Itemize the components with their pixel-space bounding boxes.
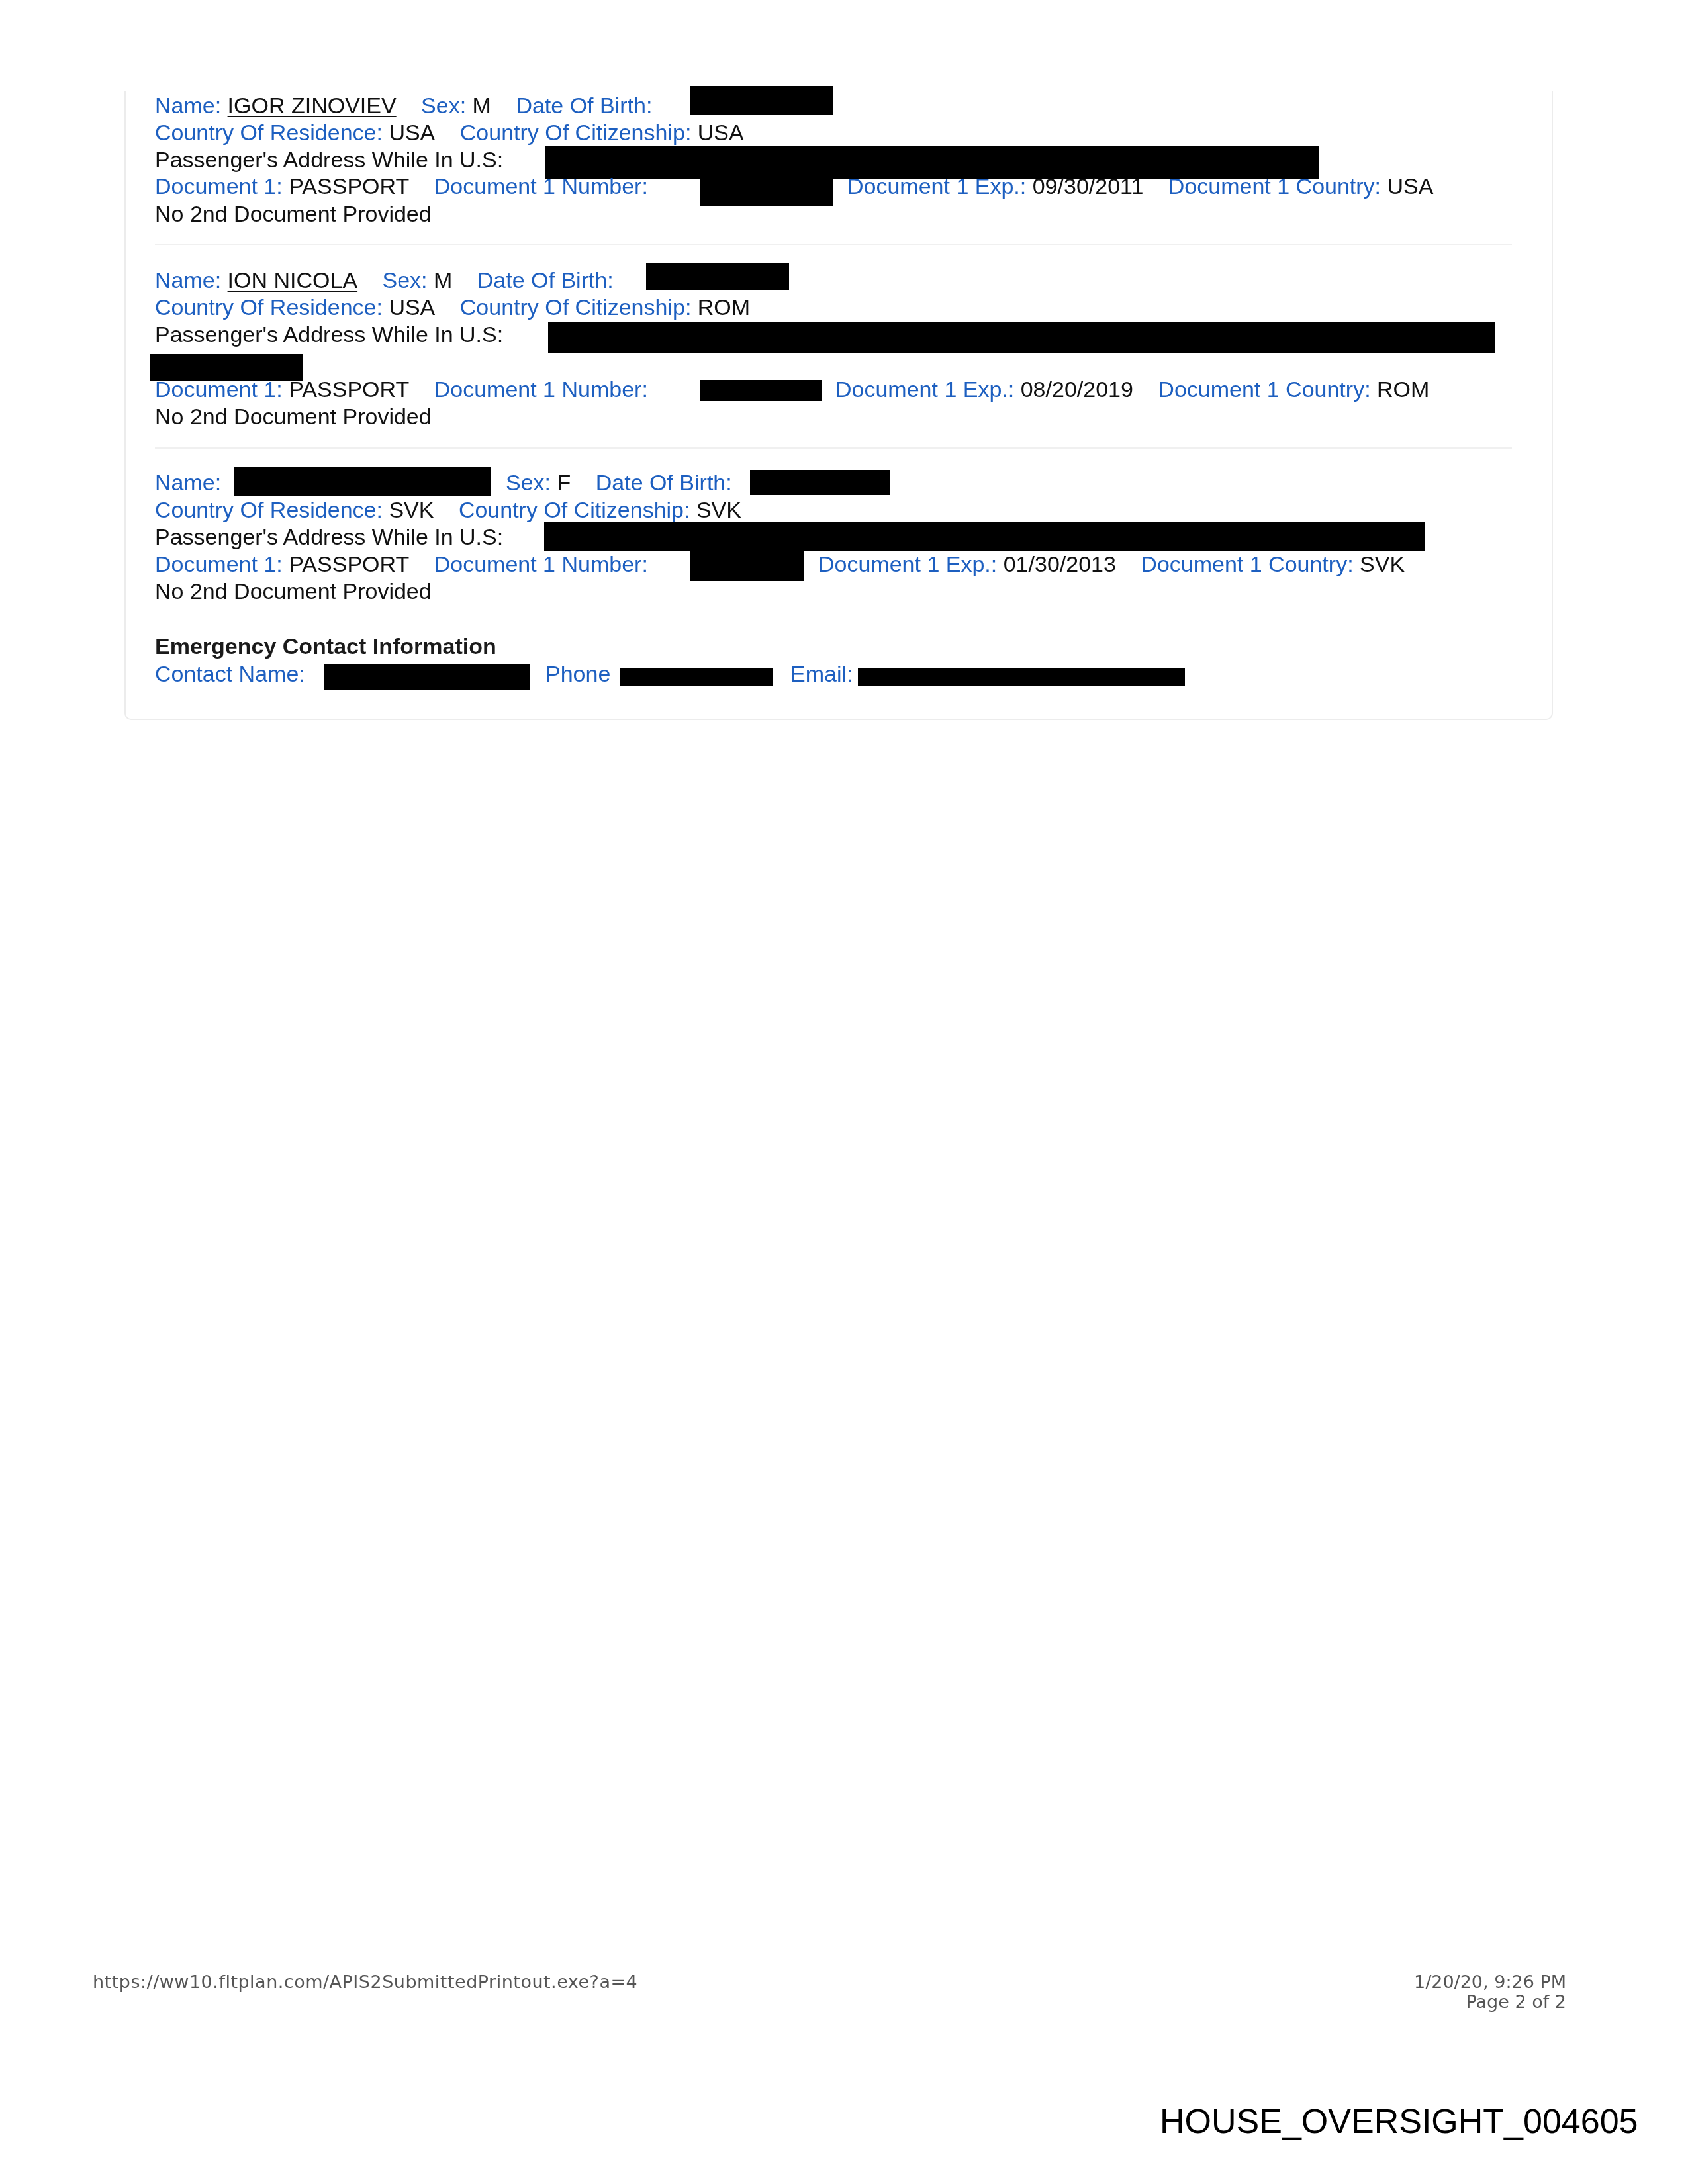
doc1-number-redaction <box>700 173 833 206</box>
phone-field: Phone <box>545 661 610 688</box>
contact-name-label: Contact Name: <box>155 662 305 687</box>
doc1-exp-label: Document 1 Exp.: <box>818 552 997 577</box>
dob-label: Date Of Birth: <box>516 93 652 118</box>
passenger-1-document-exp: Document 1 Exp.: 09/30/2011 Document 1 C… <box>847 173 1433 200</box>
passenger-2-second-doc: No 2nd Document Provided <box>155 404 432 430</box>
citizenship-label: Country Of Citizenship: <box>459 498 690 523</box>
citizenship-value: ROM <box>698 295 750 320</box>
passenger-3-second-doc: No 2nd Document Provided <box>155 578 432 605</box>
doc1-number-label: Document 1 Number: <box>434 377 648 402</box>
doc1-label: Document 1: <box>155 552 283 577</box>
email-redaction <box>858 668 1185 686</box>
passenger-3-document-exp: Document 1 Exp.: 01/30/2013 Document 1 C… <box>818 551 1405 578</box>
doc1-country-value: USA <box>1387 174 1434 199</box>
passenger-name: IGOR ZINOVIEV <box>228 93 397 118</box>
doc1-exp-label: Document 1 Exp.: <box>847 174 1026 199</box>
residence-value: USA <box>389 120 435 146</box>
doc1-country-label: Document 1 Country: <box>1168 174 1381 199</box>
contact-name-redaction <box>324 664 530 690</box>
email-label: Email: <box>790 662 853 687</box>
doc1-country-value: SVK <box>1360 552 1405 577</box>
passenger-1-address-row: Passenger's Address While In U.S: <box>155 147 503 173</box>
address-redaction <box>548 322 1495 353</box>
sex-value: M <box>473 93 491 118</box>
separator <box>155 244 1512 245</box>
no-second-doc: No 2nd Document Provided <box>155 202 432 227</box>
name-redaction <box>234 467 491 496</box>
doc1-value: PASSPORT <box>289 174 409 199</box>
passenger-1-second-doc: No 2nd Document Provided <box>155 201 432 228</box>
doc1-country-label: Document 1 Country: <box>1158 377 1370 402</box>
residence-label: Country Of Residence: <box>155 498 383 523</box>
doc1-number-label: Document 1 Number: <box>434 552 648 577</box>
sex-label: Sex: <box>506 471 551 496</box>
no-second-doc: No 2nd Document Provided <box>155 579 432 604</box>
residence-value: USA <box>389 295 435 320</box>
passenger-1-name-row: Name: IGOR ZINOVIEV Sex: M Date Of Birth… <box>155 93 652 119</box>
citizenship-value: USA <box>698 120 744 146</box>
doc1-number-label: Document 1 Number: <box>434 174 648 199</box>
doc1-value: PASSPORT <box>289 377 409 402</box>
bates-stamp: HOUSE_OVERSIGHT_004605 <box>1160 2102 1638 2142</box>
passenger-3-address-row: Passenger's Address While In U.S: <box>155 524 503 551</box>
phone-label: Phone <box>545 662 610 687</box>
address-label: Passenger's Address While In U.S: <box>155 525 503 550</box>
passenger-2-name-row: Name: ION NICOLA Sex: M Date Of Birth: <box>155 267 614 294</box>
address-label: Passenger's Address While In U.S: <box>155 148 503 173</box>
doc1-exp-label: Document 1 Exp.: <box>835 377 1014 402</box>
passenger-2-document-row: Document 1: PASSPORT Document 1 Number: <box>155 377 648 403</box>
passenger-3-sex-dob: Sex: F Date Of Birth: <box>506 470 732 496</box>
residence-label: Country Of Residence: <box>155 120 383 146</box>
doc1-exp-value: 09/30/2011 <box>1033 174 1144 199</box>
passenger-1-document-row: Document 1: PASSPORT Document 1 Number: <box>155 173 648 200</box>
sex-label: Sex: <box>383 268 428 293</box>
name-label: Name: <box>155 268 221 293</box>
print-url: https://ww10.fltplan.com/APIS2SubmittedP… <box>93 1972 637 1993</box>
dob-label: Date Of Birth: <box>477 268 614 293</box>
dob-redaction <box>690 86 833 115</box>
name-label: Name: <box>155 93 221 118</box>
residence-label: Country Of Residence: <box>155 295 383 320</box>
name-label: Name: <box>155 471 221 496</box>
address-label: Passenger's Address While In U.S: <box>155 322 503 347</box>
citizenship-label: Country Of Citizenship: <box>460 295 692 320</box>
citizenship-value: SVK <box>696 498 741 523</box>
doc1-number-redaction <box>690 547 804 581</box>
dob-redaction <box>750 470 890 495</box>
passenger-3-document-row: Document 1: PASSPORT Document 1 Number: <box>155 551 648 578</box>
passenger-3-name-row: Name: <box>155 470 221 496</box>
no-second-doc: No 2nd Document Provided <box>155 404 432 430</box>
sex-value: M <box>434 268 452 293</box>
dob-label: Date Of Birth: <box>596 471 732 496</box>
address-redaction <box>544 522 1425 551</box>
doc1-exp-value: 01/30/2013 <box>1004 552 1116 577</box>
passenger-3-country-row: Country Of Residence: SVK Country Of Cit… <box>155 497 741 523</box>
doc1-country-label: Document 1 Country: <box>1141 552 1353 577</box>
emergency-contact-row: Contact Name: <box>155 661 305 688</box>
doc1-country-value: ROM <box>1377 377 1429 402</box>
doc1-value: PASSPORT <box>289 552 409 577</box>
passenger-2-address-row: Passenger's Address While In U.S: <box>155 322 503 348</box>
passenger-name: ION NICOLA <box>228 268 357 293</box>
passenger-2-document-exp: Document 1 Exp.: 08/20/2019 Document 1 C… <box>835 377 1429 403</box>
sex-value: F <box>557 471 571 496</box>
sex-label: Sex: <box>421 93 466 118</box>
page-number: Page 2 of 2 <box>1466 1992 1567 2013</box>
passenger-1-country-row: Country Of Residence: USA Country Of Cit… <box>155 120 744 146</box>
residence-value: SVK <box>389 498 434 523</box>
print-datetime: 1/20/20, 9:26 PM <box>1414 1972 1566 1993</box>
doc1-number-redaction <box>700 380 822 401</box>
dob-redaction <box>646 263 789 290</box>
passenger-2-country-row: Country Of Residence: USA Country Of Cit… <box>155 295 750 321</box>
doc1-label: Document 1: <box>155 174 283 199</box>
email-field: Email: <box>790 661 853 688</box>
doc1-exp-value: 08/20/2019 <box>1021 377 1133 402</box>
citizenship-label: Country Of Citizenship: <box>460 120 692 146</box>
separator <box>155 447 1512 449</box>
emergency-contact-heading: Emergency Contact Information <box>155 634 496 660</box>
phone-redaction <box>620 668 773 686</box>
doc1-label: Document 1: <box>155 377 283 402</box>
